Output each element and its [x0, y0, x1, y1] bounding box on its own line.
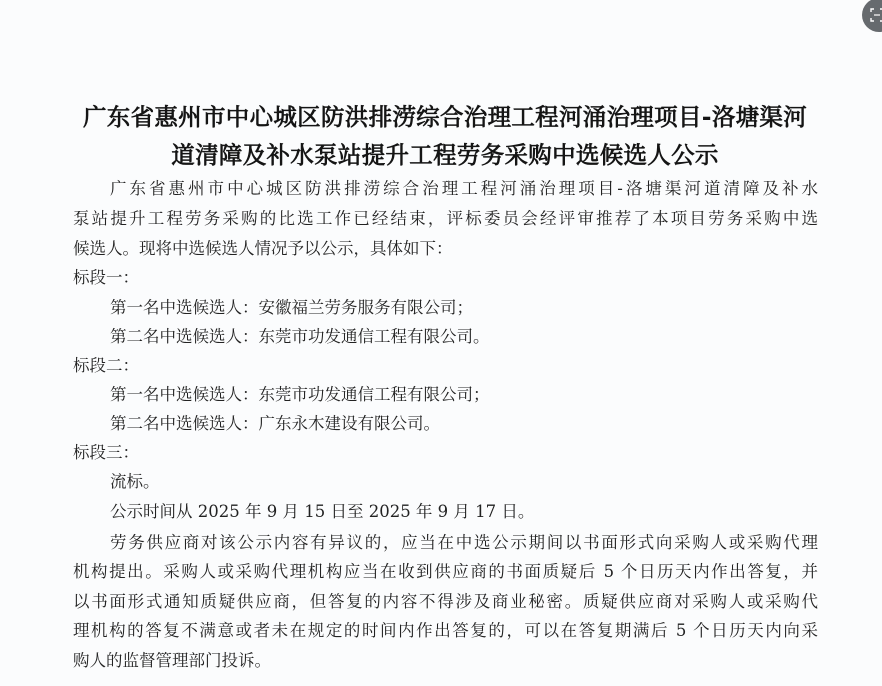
title-line-1: 广东省惠州市中心城区防洪排涝综合治理工程河涌治理项目-洛塘渠河: [60, 98, 830, 136]
objection-line-2: 机构提出。采购人或采购代理机构应当在收到供应商的书面质疑后 5 个日历天内作出答…: [73, 561, 818, 583]
document-page: 广东省惠州市中心城区防洪排涝综合治理工程河涌治理项目-洛塘渠河 道清障及补水泵站…: [0, 0, 882, 686]
section-1-entry-1: 第一名中选候选人：安徽福兰劳务服务有限公司；: [110, 297, 473, 319]
publicity-period: 公示时间从 2025 年 9 月 15 日至 2025 年 9 月 17 日。: [110, 501, 534, 523]
intro-line-2: 泵站提升工程劳务采购的比选工作已经结束，评标委员会经评审推荐了本项目劳务采购中选: [73, 208, 818, 230]
title-line-2: 道清障及补水泵站提升工程劳务采购中选候选人公示: [60, 136, 830, 174]
document-title: 广东省惠州市中心城区防洪排涝综合治理工程河涌治理项目-洛塘渠河 道清障及补水泵站…: [60, 98, 830, 174]
intro-line-3: 候选人。现将中选候选人情况予以公示，具体如下：: [73, 238, 453, 260]
section-3-entry-1: 流标。: [110, 471, 160, 493]
objection-line-5: 购人的监督管理部门投诉。: [73, 650, 271, 672]
scan-expand-icon: [870, 8, 882, 22]
section-2-entry-2: 第二名中选候选人：广东永木建设有限公司。: [110, 413, 440, 435]
objection-line-4: 理机构的答复不满意或者未在规定的时间内作出答复的，可以在答复期满后 5 个日历天…: [73, 620, 818, 642]
section-2-entry-1: 第一名中选候选人：东莞市功发通信工程有限公司；: [110, 384, 490, 406]
objection-line-1: 劳务供应商对该公示内容有异议的，应当在中选公示期间以书面形式向采购人或采购代理: [110, 532, 818, 554]
scan-expand-button[interactable]: [862, 0, 882, 32]
section-2-label: 标段二：: [73, 355, 139, 377]
objection-line-3: 以书面形式通知质疑供应商，但答复的内容不得涉及商业秘密。质疑供应商对采购人或采购…: [73, 591, 818, 613]
intro-line-1: 广东省惠州市中心城区防洪排涝综合治理工程河涌治理项目-洛塘渠河道清障及补水: [110, 178, 818, 200]
section-1-entry-2: 第二名中选候选人：东莞市功发通信工程有限公司。: [110, 326, 490, 348]
section-3-label: 标段三：: [73, 442, 139, 464]
section-1-label: 标段一：: [73, 267, 139, 289]
